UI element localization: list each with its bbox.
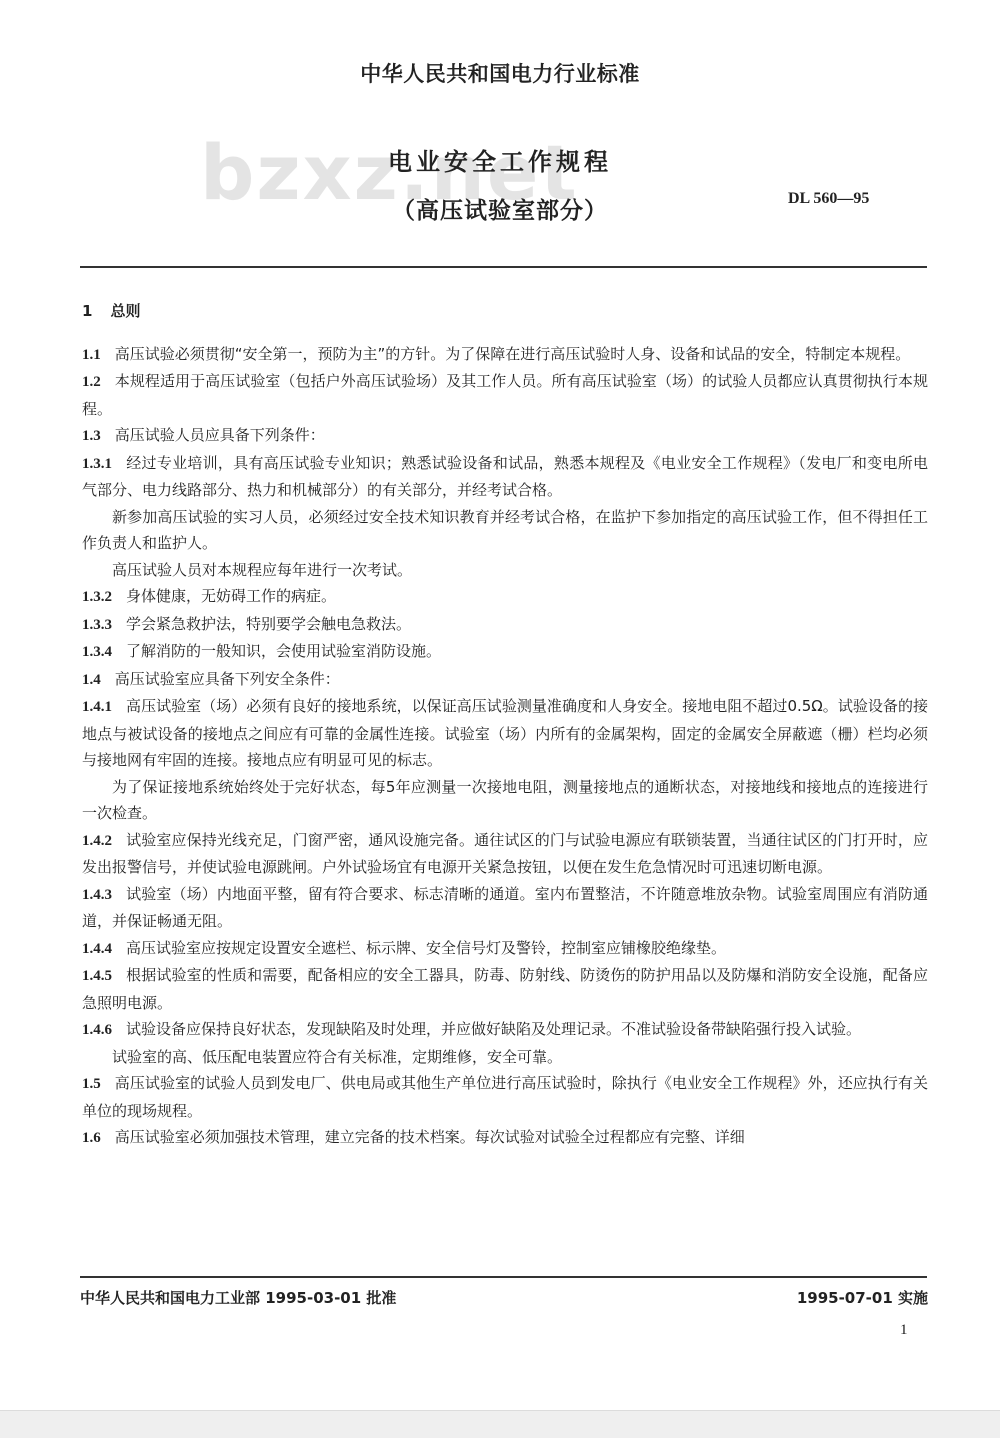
clause-number: 1.3.1 — [82, 456, 112, 472]
clause-number: 1.3.3 — [82, 617, 112, 633]
clause-text: 试验室（场）内地面平整，留有符合要求、标志清晰的通道。室内布置整洁，不许随意堆放… — [82, 885, 928, 931]
paragraph: 1.4.2试验室应保持光线充足，门窗严密，通风设施完备。通往试区的门与试验电源应… — [82, 827, 928, 881]
paragraph: 1.6高压试验室必须加强技术管理，建立完备的技术档案。每次试验对试验全过程都应有… — [82, 1124, 928, 1152]
paragraph: 1.3.3学会紧急救护法，特别要学会触电急救法。 — [82, 611, 928, 639]
paragraph: 1.4高压试验室应具备下列安全条件： — [82, 666, 928, 694]
clause-text: 高压试验室应具备下列安全条件： — [115, 670, 340, 688]
paragraph: 1.5高压试验室的试验人员到发电厂、供电局或其他生产单位进行高压试验时，除执行《… — [82, 1070, 928, 1124]
effective-date: 1995-07-01 实施 — [797, 1287, 928, 1308]
clause-text: 高压试验人员应具备下列条件： — [115, 426, 325, 444]
paragraph: 1.4.5根据试验室的性质和需要，配备相应的安全工器具，防毒、防射线、防烫伤的防… — [82, 962, 928, 1016]
clause-text: 试验设备应保持良好状态，发现缺陷及时处理，并应做好缺陷及处理记录。不准试验设备带… — [126, 1020, 861, 1038]
clause-text: 高压试验室（场）必须有良好的接地系统，以保证高压试验测量准确度和人身安全。接地电… — [82, 697, 928, 769]
clause-text: 学会紧急救护法，特别要学会触电急救法。 — [126, 615, 411, 633]
header-divider — [80, 266, 927, 268]
document-body: 1总则 1.1高压试验必须贯彻“安全第一，预防为主”的方针。为了保障在进行高压试… — [82, 298, 928, 1152]
paragraph: 高压试验人员对本规程应每年进行一次考试。 — [82, 557, 928, 584]
paragraph: 1.3.4了解消防的一般知识，会使用试验室消防设施。 — [82, 638, 928, 666]
clause-text: 高压试验室的试验人员到发电厂、供电局或其他生产单位进行高压试验时，除执行《电业安… — [82, 1074, 928, 1120]
clause-number: 1.4.4 — [82, 941, 112, 957]
section-number: 1 — [82, 302, 92, 320]
clause-text: 高压试验室必须加强技术管理，建立完备的技术档案。每次试验对试验全过程都应有完整、… — [115, 1128, 745, 1146]
clause-number: 1.1 — [82, 347, 101, 363]
clause-text: 经过专业培训，具有高压试验专业知识；熟悉试验设备和试品，熟悉本规程及《电业安全工… — [82, 454, 928, 500]
clause-text: 高压试验室应按规定设置安全遮栏、标示牌、安全信号灯及警铃，控制室应铺橡胶绝缘垫。 — [126, 939, 726, 957]
clause-number: 1.4.3 — [82, 887, 112, 903]
section-title: 总则 — [110, 302, 140, 320]
paragraph: 1.2本规程适用于高压试验室（包括户外高压试验场）及其工作人员。所有高压试验室（… — [82, 368, 928, 422]
clause-number: 1.2 — [82, 374, 101, 390]
clause-number: 1.3.2 — [82, 589, 112, 605]
clause-text: 了解消防的一般知识，会使用试验室消防设施。 — [126, 642, 441, 660]
paragraph-list: 1.1高压试验必须贯彻“安全第一，预防为主”的方针。为了保障在进行高压试验时人身… — [82, 341, 928, 1152]
clause-number: 1.4.2 — [82, 833, 112, 849]
clause-text: 试验室应保持光线充足，门窗严密，通风设施完备。通往试区的门与试验电源应有联锁装置… — [82, 831, 928, 877]
clause-number: 1.4 — [82, 672, 101, 688]
clause-number: 1.3.4 — [82, 644, 112, 660]
clause-text: 本规程适用于高压试验室（包括户外高压试验场）及其工作人员。所有高压试验室（场）的… — [82, 372, 928, 418]
paragraph: 1.1高压试验必须贯彻“安全第一，预防为主”的方针。为了保障在进行高压试验时人身… — [82, 341, 928, 369]
clause-number: 1.6 — [82, 1130, 101, 1146]
paragraph: 1.4.1高压试验室（场）必须有良好的接地系统，以保证高压试验测量准确度和人身安… — [82, 693, 928, 774]
clause-text: 根据试验室的性质和需要，配备相应的安全工器具，防毒、防射线、防烫伤的防护用品以及… — [82, 966, 928, 1012]
standard-category: 中华人民共和国电力行业标准 — [0, 58, 1000, 88]
clause-number: 1.4.1 — [82, 699, 112, 715]
document-title: 电业安全工作规程 — [0, 142, 1000, 177]
clause-text: 高压试验人员对本规程应每年进行一次考试。 — [112, 561, 412, 579]
approval-line: 中华人民共和国电力工业部 1995-03-01 批准 — [80, 1287, 396, 1308]
viewer-bottom-bar — [0, 1410, 1000, 1438]
paragraph: 新参加高压试验的实习人员，必须经过安全技术知识教育并经考试合格，在监护下参加指定… — [82, 504, 928, 557]
clause-text: 试验室的高、低压配电装置应符合有关标准，定期维修，安全可靠。 — [112, 1048, 562, 1066]
paragraph: 1.3高压试验人员应具备下列条件： — [82, 422, 928, 450]
paragraph: 1.3.1经过专业培训，具有高压试验专业知识；熟悉试验设备和试品，熟悉本规程及《… — [82, 450, 928, 504]
clause-number: 1.4.5 — [82, 968, 112, 984]
clause-number: 1.3 — [82, 428, 101, 444]
paragraph: 1.4.4高压试验室应按规定设置安全遮栏、标示牌、安全信号灯及警铃，控制室应铺橡… — [82, 935, 928, 963]
footer-divider — [80, 1276, 927, 1278]
paragraph: 试验室的高、低压配电装置应符合有关标准，定期维修，安全可靠。 — [82, 1044, 928, 1071]
clause-text: 为了保证接地系统始终处于完好状态，每5年应测量一次接地电阻，测量接地点的通断状态… — [82, 778, 928, 823]
section-heading: 1总则 — [82, 298, 928, 325]
clause-text: 身体健康，无妨碍工作的病症。 — [126, 587, 336, 605]
paragraph: 1.4.6试验设备应保持良好状态，发现缺陷及时处理，并应做好缺陷及处理记录。不准… — [82, 1016, 928, 1044]
document-code: DL 560—95 — [788, 190, 869, 208]
page-number: 1 — [900, 1322, 908, 1339]
clause-text: 新参加高压试验的实习人员，必须经过安全技术知识教育并经考试合格，在监护下参加指定… — [82, 508, 928, 553]
paragraph: 1.3.2身体健康，无妨碍工作的病症。 — [82, 583, 928, 611]
clause-number: 1.4.6 — [82, 1022, 112, 1038]
clause-text: 高压试验必须贯彻“安全第一，预防为主”的方针。为了保障在进行高压试验时人身、设备… — [115, 345, 911, 363]
clause-number: 1.5 — [82, 1076, 101, 1092]
paragraph: 为了保证接地系统始终处于完好状态，每5年应测量一次接地电阻，测量接地点的通断状态… — [82, 774, 928, 827]
document-page: 中华人民共和国电力行业标准 bzxz.net 电业安全工作规程 （高压试验室部分… — [0, 0, 1000, 1410]
paragraph: 1.4.3试验室（场）内地面平整，留有符合要求、标志清晰的通道。室内布置整洁，不… — [82, 881, 928, 935]
